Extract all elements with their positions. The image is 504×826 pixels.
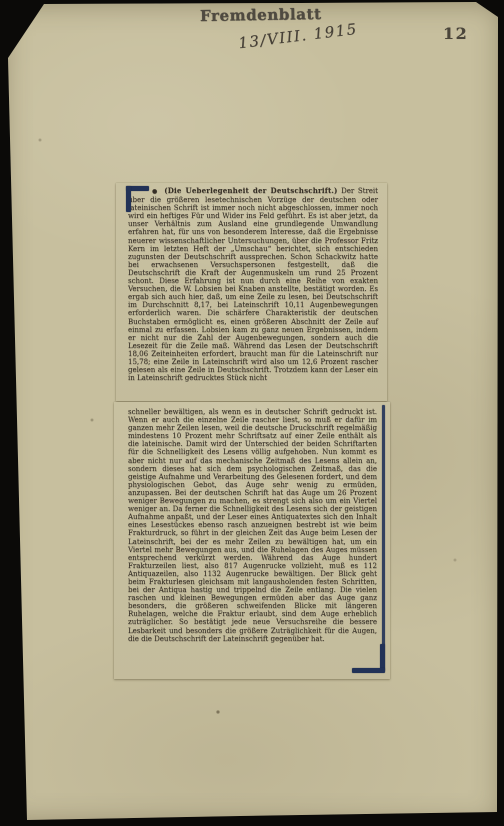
newspaper-clipping-part-2: schneller bewältigen, als wenn es in deu… <box>114 402 390 679</box>
newspaper-clipping-part-1: ● (Die Ueberlegenheit der Deutschschrift… <box>116 183 387 401</box>
clipping-text-part-1: ● (Die Ueberlegenheit der Deutschschrift… <box>116 183 387 382</box>
album-page: Fremdenblatt 13/VIII. 1915 12 ● (Die Ueb… <box>0 0 504 826</box>
headline-bullet: ● <box>152 188 161 195</box>
masthead-stamp: Fremdenblatt <box>200 5 322 25</box>
blue-corner-mark-top-left-vertical <box>126 186 131 212</box>
clipping-headline: (Die Ueberlegenheit der Deutschschrift.) <box>164 186 337 195</box>
clipping-text-part-2: schneller bewältigen, als wenn es in deu… <box>114 402 390 643</box>
clipping-body-part-2: schneller bewältigen, als wenn es in deu… <box>128 408 377 643</box>
page-number: 12 <box>443 24 468 43</box>
clipping-body-part-1: Der Streit über die größeren lesetechnis… <box>128 187 378 382</box>
blue-margin-line-right <box>382 405 385 671</box>
handwritten-date: 13/VIII. 1915 <box>237 20 358 52</box>
blue-corner-mark-bottom-right-horizontal <box>352 668 385 673</box>
